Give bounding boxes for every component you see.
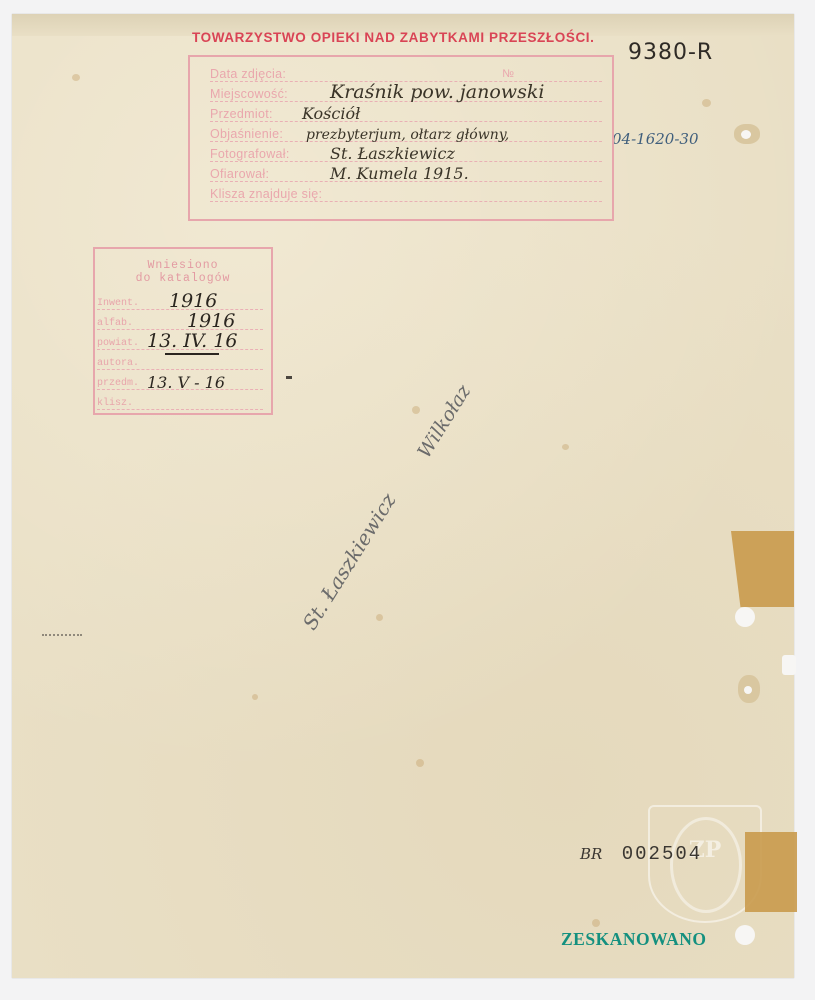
- catalog-row-value: 13. V - 16: [147, 373, 225, 392]
- ink-specks: [42, 634, 82, 644]
- field-plate-location: Klisza znajduje się:: [210, 183, 602, 202]
- field-label: Data zdjęcia:: [210, 67, 286, 81]
- field-label: Miejscowość:: [210, 87, 288, 101]
- catalog-row-label: powiat.: [97, 338, 139, 349]
- field-location: Miejscowość: Kraśnik pow. janowski: [210, 83, 602, 102]
- field-value: Kościół: [302, 104, 360, 123]
- field-label: Ofiarował:: [210, 167, 269, 181]
- punch-hole: [735, 925, 755, 945]
- catalog-title-line: do katalogów: [95, 272, 271, 285]
- catalog-row-inventory: Inwent. 1916: [97, 293, 263, 310]
- catalog-row-alphabetical: alfab. 1916: [97, 313, 263, 330]
- reference-number: 04-1620-30: [612, 130, 698, 148]
- field-value: M. Kumela 1915.: [330, 164, 469, 183]
- scanned-stamp: ZESKANOWANO: [561, 929, 707, 950]
- catalog-row-label: alfab.: [97, 318, 133, 329]
- stain: [72, 74, 80, 81]
- field-subject: Przedmiot: Kościół: [210, 103, 602, 122]
- catalog-row-label: Inwent.: [97, 298, 139, 309]
- stain: [252, 694, 258, 700]
- inventory-number: 9380-R: [628, 40, 713, 65]
- br-number-value: 002504: [622, 843, 702, 865]
- stain: [562, 444, 569, 450]
- catalog-row-label: autora.: [97, 358, 139, 369]
- catalog-row-value: 13. IV. 16: [147, 330, 237, 352]
- stain: [416, 759, 424, 767]
- catalog-row-plates: klisz.: [97, 393, 263, 410]
- adhesive-tape: [731, 531, 794, 607]
- catalog-row-label: klisz.: [97, 398, 133, 409]
- field-label: Przedmiot:: [210, 107, 273, 121]
- field-photo-date: Data zdjęcia: №: [210, 63, 602, 82]
- paper-notch: [782, 655, 796, 675]
- field-label: Fotografował:: [210, 147, 290, 161]
- stain: [592, 919, 600, 927]
- number-sign: №: [502, 68, 514, 80]
- punch-hole: [735, 607, 755, 627]
- catalog-row-value: 1916: [169, 290, 217, 312]
- stain: [376, 614, 383, 621]
- catalog-row-district: powiat. 13. IV. 16: [97, 333, 263, 350]
- society-stamp-title: TOWARZYSTWO OPIEKI NAD ZABYTKAMI PRZESZŁ…: [192, 30, 595, 45]
- catalog-row-value: 1916: [187, 310, 235, 332]
- pen-stroke: [165, 353, 219, 355]
- adhesive-tape: [745, 832, 797, 912]
- field-label: Klisza znajduje się:: [210, 187, 322, 201]
- punch-hole: [744, 686, 752, 694]
- field-donor: Ofiarował: M. Kumela 1915.: [210, 163, 602, 182]
- field-value: Kraśnik pow. janowski: [330, 81, 544, 103]
- br-prefix: BR: [580, 845, 602, 863]
- field-label: Objaśnienie:: [210, 127, 283, 141]
- field-photographer: Fotografował: St. Łaszkiewicz: [210, 143, 602, 162]
- stain: [702, 99, 711, 107]
- punch-hole: [741, 130, 751, 139]
- catalog-row-subject: przedm. 13. V - 16: [97, 373, 263, 390]
- catalog-stamp-title: Wniesiono do katalogów: [95, 259, 271, 285]
- field-description: Objaśnienie: prezbyterjum, ołtarz główny…: [210, 123, 602, 142]
- catalog-title-line: Wniesiono: [95, 259, 271, 272]
- field-value: prezbyterjum, ołtarz główny,: [306, 127, 509, 143]
- ink-dot: [286, 376, 292, 379]
- br-catalog-number: BR 002504: [580, 843, 702, 865]
- record-card-stamp: Data zdjęcia: № Miejscowość: Kraśnik pow…: [188, 55, 614, 221]
- field-value: St. Łaszkiewicz: [330, 144, 455, 163]
- watermark-oval: [670, 817, 742, 913]
- stain: [412, 406, 420, 414]
- catalog-entry-stamp: Wniesiono do katalogów Inwent. 1916 alfa…: [93, 247, 273, 415]
- catalog-row-label: przedm.: [97, 378, 139, 389]
- catalog-row-author: autora.: [97, 353, 263, 370]
